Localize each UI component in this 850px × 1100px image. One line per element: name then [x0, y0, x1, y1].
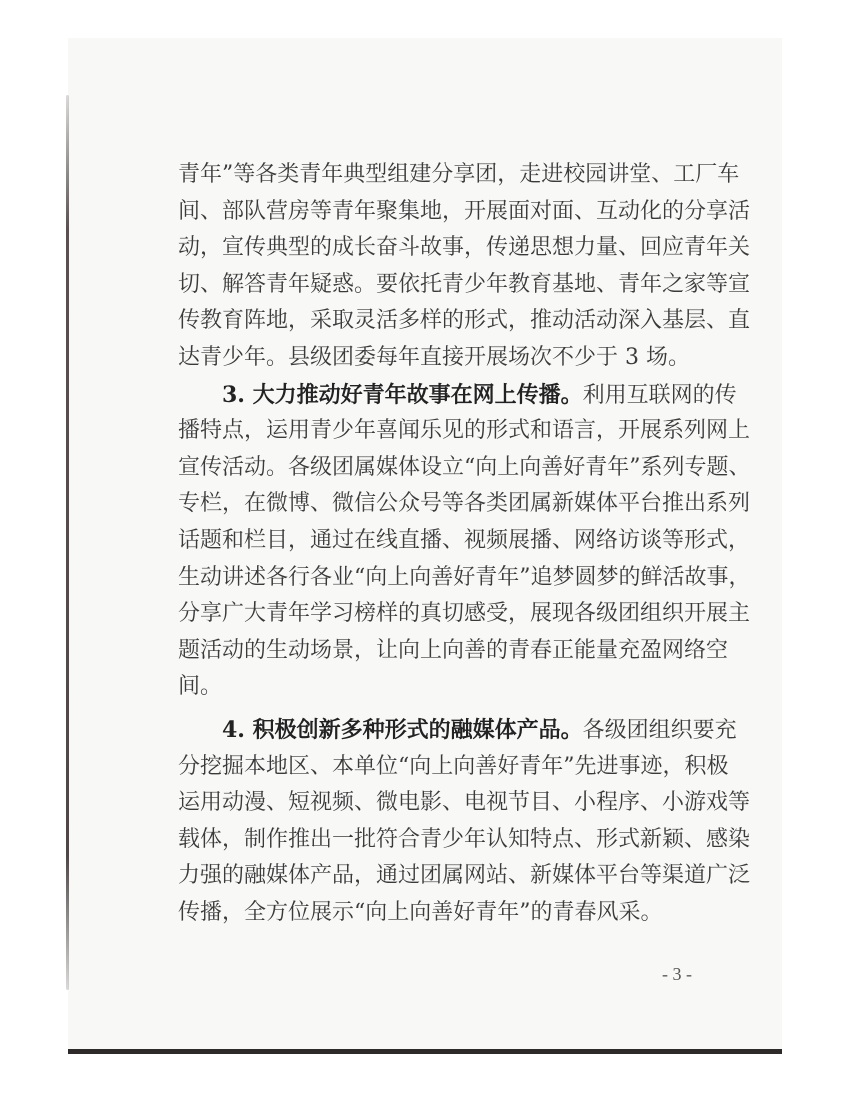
bottom-edge-bar: [68, 1049, 782, 1054]
page-number: - 3 -: [642, 964, 712, 985]
text-line: 力强的融媒体产品，通过团属网站、新媒体平台等渠道广泛: [178, 858, 706, 895]
document-body: 青年”等各类青年典型组建分享团，走进校园讲堂、工厂车 间、部队营房等青年聚集地，…: [178, 157, 706, 931]
text-line: 运用动漫、短视频、微电影、电视节目、小程序、小游戏等: [178, 785, 706, 822]
text-line: 专栏，在微博、微信公众号等各类团属新媒体平台推出系列: [178, 486, 706, 523]
binding-edge-line: [66, 95, 69, 990]
text-line: 间、部队营房等青年聚集地，开展面对面、互动化的分享活: [178, 194, 706, 231]
text-line: 载体，制作推出一批符合青少年认知特点、形式新颖、感染: [178, 822, 706, 859]
text-line: 分挖掘本地区、本单位“向上向善好青年”先进事迹，积极: [178, 749, 706, 786]
section-3-heading: 3. 大力推动好青年故事在网上传播。: [222, 382, 583, 408]
text-line: 播特点，运用青少年喜闻乐见的形式和语言，开展系列网上: [178, 413, 706, 450]
section-4-heading: 4. 积极创新多种形式的融媒体产品。: [222, 717, 583, 743]
text-line: 宣传活动。各级团属媒体设立“向上向善好青年”系列专题、: [178, 450, 706, 487]
text-line: 题活动的生动场景，让向上向善的青春正能量充盈网络空: [178, 633, 706, 670]
section-3-first-line: 3. 大力推动好青年故事在网上传播。利用互联网的传: [178, 377, 706, 414]
text-line: 传教育阵地，采取灵活多样的形式，推动活动深入基层、直: [178, 303, 706, 340]
text-line: 生动讲述各行各业“向上向善好青年”追梦圆梦的鲜活故事，: [178, 560, 706, 597]
text-line: 分享广大青年学习榜样的真切感受，展现各级团组织开展主: [178, 596, 706, 633]
section-4-first-line-text: 各级团组织要充: [583, 718, 737, 743]
text-line: 话题和栏目，通过在线直播、视频展播、网络访谈等形式，: [178, 523, 706, 560]
section-4-first-line: 4. 积极创新多种形式的融媒体产品。各级团组织要充: [178, 712, 706, 749]
text-line: 传播，全方位展示“向上向善好青年”的青春风采。: [178, 895, 706, 932]
text-line: 青年”等各类青年典型组建分享团，走进校园讲堂、工厂车: [178, 157, 706, 194]
section-3-first-line-text: 利用互联网的传: [583, 383, 737, 408]
text-line: 动，宣传典型的成长奋斗故事，传递思想力量、回应青年关: [178, 230, 706, 267]
text-line: 间。: [178, 669, 706, 706]
text-line: 达青少年。县级团委每年直接开展场次不少于 3 场。: [178, 340, 706, 377]
text-line: 切、解答青年疑惑。要依托青少年教育基地、青年之家等宣: [178, 267, 706, 304]
